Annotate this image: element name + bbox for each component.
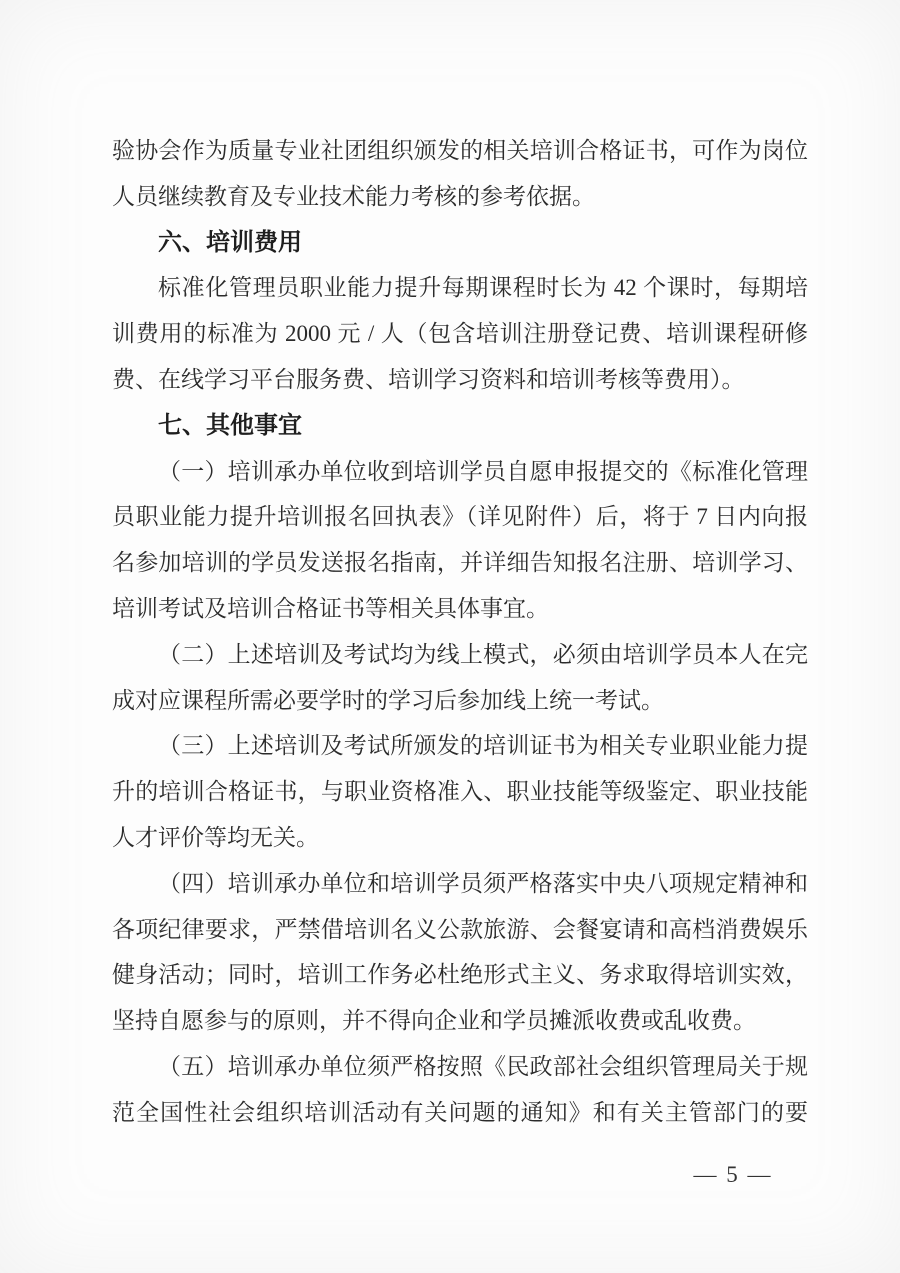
document-line: （四）培训承办单位和培训学员须严格落实中央八项规定精神和 bbox=[112, 861, 808, 907]
document-line: 健身活动；同时，培训工作务必杜绝形式主义、务求取得培训实效， bbox=[112, 952, 808, 998]
document-line: 培训考试及培训合格证书等相关具体事宜。 bbox=[112, 586, 808, 632]
section-heading-6: 六、培训费用 bbox=[112, 220, 808, 266]
document-line: （五）培训承办单位须严格按照《民政部社会组织管理局关于规 bbox=[112, 1044, 808, 1090]
document-line: （三）上述培训及考试所颁发的培训证书为相关专业职业能力提 bbox=[112, 723, 808, 769]
document-line: 各项纪律要求，严禁借培训名义公款旅游、会餐宴请和高档消费娱乐 bbox=[112, 907, 808, 953]
document-line: 员职业能力提升培训报名回执表》（详见附件）后，将于 7 日内向报 bbox=[112, 494, 808, 540]
document-line: 人员继续教育及专业技术能力考核的参考依据。 bbox=[112, 174, 808, 220]
document-text-block: 验协会作为质量专业社团组织颁发的相关培训合格证书，可作为岗位 人员继续教育及专业… bbox=[112, 128, 808, 1136]
document-line: （二）上述培训及考试均为线上模式，必须由培训学员本人在完 bbox=[112, 632, 808, 678]
document-line: （一）培训承办单位收到培训学员自愿申报提交的《标准化管理 bbox=[112, 449, 808, 495]
document-line: 范全国性社会组织培训活动有关问题的通知》和有关主管部门的要 bbox=[112, 1090, 808, 1136]
document-page: 验协会作为质量专业社团组织颁发的相关培训合格证书，可作为岗位 人员继续教育及专业… bbox=[0, 0, 900, 1273]
document-line: 验协会作为质量专业社团组织颁发的相关培训合格证书，可作为岗位 bbox=[112, 128, 808, 174]
document-line: 训费用的标准为 2000 元 / 人（包含培训注册登记费、培训课程研修 bbox=[112, 311, 808, 357]
document-line: 费、在线学习平台服务费、培训学习资料和培训考核等费用）。 bbox=[112, 357, 808, 403]
document-line: 人才评价等均无关。 bbox=[112, 815, 808, 861]
page-number: — 5 — bbox=[668, 1162, 798, 1188]
document-line: 名参加培训的学员发送报名指南，并详细告知报名注册、培训学习、 bbox=[112, 540, 808, 586]
document-line: 成对应课程所需必要学时的学习后参加线上统一考试。 bbox=[112, 678, 808, 724]
document-line: 坚持自愿参与的原则，并不得向企业和学员摊派收费或乱收费。 bbox=[112, 998, 808, 1044]
document-line: 标准化管理员职业能力提升每期课程时长为 42 个课时，每期培 bbox=[112, 265, 808, 311]
section-heading-7: 七、其他事宜 bbox=[112, 403, 808, 449]
document-line: 升的培训合格证书，与职业资格准入、职业技能等级鉴定、职业技能 bbox=[112, 769, 808, 815]
